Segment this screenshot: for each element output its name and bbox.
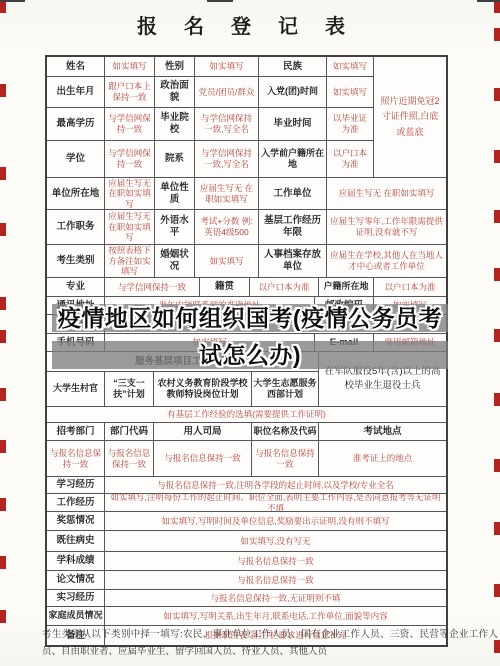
field-hint-cell: 以户口本为准: [327, 141, 374, 177]
column-header-cell: 部门代码: [105, 423, 154, 440]
overlay-title-line: 试怎么办): [52, 342, 448, 368]
field-label-cell: 最高学历: [47, 108, 105, 140]
table-row: 学位 与学信网保持一致 院系 与学信网保持一致,写全名 入学前户籍所在地 以户口…: [47, 141, 374, 177]
top-mark: [207, 0, 233, 2]
table-row: 论文情况 与报名信息保持一致: [47, 571, 446, 590]
field-hint-cell: 如实填写,没有写无: [105, 531, 446, 551]
field-label-cell: 学习经历: [47, 477, 105, 493]
field-label-cell: 工作职务: [47, 210, 105, 244]
overlay-band: 疫情地区如何组织国考(疫情公务员考: [52, 304, 448, 332]
edge-mark-right: [494, 268, 500, 281]
edge-mark-left: [0, 610, 6, 623]
candidate-category-note: 考生类别从以下类别中择一填写:农民、事业单位工作人员、国有企业工作人员、三资、民…: [42, 626, 498, 660]
field-label-cell: 政治面貌: [155, 77, 195, 107]
field-hint-cell: 与报名信息保持一致: [252, 441, 319, 476]
table-row: 大学生村官 “三支一扶”计划 农村义务教育阶段学校教师特设岗位计划 大学生志愿服…: [47, 372, 319, 406]
column-header-cell: 考试地点: [319, 423, 446, 440]
table-row: 既往病史 如实填写,没有写无: [47, 531, 446, 552]
field-label-cell: 毕业时间: [259, 108, 327, 140]
field-hint-cell: 以毕业证为准: [327, 108, 374, 140]
field-label-cell: 工作经历: [47, 494, 105, 511]
table-row: 实习经历 与报名信息保持一致,无证明则不填: [47, 590, 446, 607]
field-hint-cell: 与报名信息保持一致: [105, 571, 446, 589]
field-label-cell: 外语水平: [155, 210, 195, 244]
edge-mark-left: [0, 556, 6, 569]
field-hint-cell: 如实填写,写明关系,出生年月,联系电话,工作单位,面貌等内容: [105, 607, 446, 625]
field-label-cell: 入学前户籍所在地: [259, 141, 327, 177]
field-hint-cell: 与报名信息保持一致,注明各学段的起止时间,以及学校/专业全名: [105, 477, 446, 493]
table-row: 单位所在地 应届生写无 在职如实填写 单位性质 应届生写无 在职如实填写 工作单…: [47, 178, 446, 210]
edge-mark-right: [494, 522, 500, 535]
edge-mark-right: [494, 28, 500, 41]
field-hint-cell: 应届生写零年,工作年限需提供证明,没有就不写: [327, 210, 446, 244]
field-hint-cell: 与报名信息保持一致: [105, 441, 154, 476]
field-label-cell: 入党(团)时间: [259, 77, 327, 107]
table-row: 最高学历 与学信网保持一致 毕业院校 与学信网保持一致,写全名 毕业时间 以毕业…: [47, 108, 374, 141]
field-label-cell: 性别: [155, 57, 195, 76]
field-label-cell: 学科成绩: [47, 552, 105, 570]
table-row: 专业 与学信网保持一致 籍贯 以户口本为准 户籍所在地 以户口本为准: [47, 278, 446, 297]
field-hint-cell: 与学信网保持一致,写全名: [195, 141, 259, 177]
field-hint-cell: 与报名信息保持一致: [154, 441, 252, 476]
field-label-cell: 考生类别: [47, 245, 105, 277]
field-label-cell: 基层工作经历年限: [259, 210, 327, 244]
field-hint-cell: 考试+分数 例:英语4级500: [195, 210, 259, 244]
field-hint-cell: 应届生写无 在职如实填写: [327, 178, 446, 209]
field-label-cell: 专业: [47, 278, 105, 296]
field-label-cell: 民族: [259, 57, 327, 76]
field-hint-cell: 与学信网保持一致: [105, 278, 200, 296]
column-header-cell: 招考部门: [47, 423, 105, 440]
field-label-cell: 毕业院校: [155, 108, 195, 140]
edge-mark-right: [494, 88, 500, 101]
field-hint-cell: 按照表格下方备注如实填写: [105, 245, 155, 277]
field-label-cell: 实习经历: [47, 590, 105, 606]
field-hint-cell: 如实填写: [195, 57, 259, 76]
overlay-title-line: 疫情地区如何组织国考(疫情公务员考: [52, 305, 448, 331]
field-hint-cell: 与报名信息保持一致: [47, 441, 105, 476]
edge-mark-right: [494, 393, 500, 406]
form-title: 报 名 登 记 表: [45, 13, 448, 41]
field-hint-cell: 准考证上的地点: [319, 441, 446, 476]
edge-mark-right: [494, 329, 500, 342]
edge-mark-right: [494, 459, 500, 472]
table-row: 家庭成员情况 如实填写,写明关系,出生年月,联系电话,工作单位,面貌等内容: [47, 607, 446, 626]
table-row: 学科成绩 与报名信息保持一致: [47, 552, 446, 571]
field-hint-cell: 党员/团员/群众: [195, 77, 259, 107]
edge-mark-left: [0, 388, 6, 401]
field-label-cell: 院系: [155, 141, 195, 177]
article-overlay-title: 疫情地区如何组织国考(疫情公务员考 试怎么办): [52, 304, 448, 369]
field-hint-cell: 与学信网保持一致: [105, 108, 155, 140]
table-row: 姓名 如实填写 性别 如实填写 民族 如实填写: [47, 57, 374, 77]
top-mark: [0, 0, 25, 2]
edge-mark-right: [494, 584, 500, 597]
table-row: 学习经历 与报名信息保持一致,注明各学段的起止时间,以及学校/专业全名: [47, 477, 446, 494]
table-row: 有基层工作经验的选填(需要提供工作证明): [47, 407, 446, 423]
field-label-cell: 学位: [47, 141, 105, 177]
field-hint-cell: 应届生写无 在职如实填写: [195, 178, 259, 209]
table-row: 工作经历 如实填写,注明每份工作的起止时间、职位全面,表明主要工作内容,是否同意…: [47, 494, 446, 512]
edge-mark-right: [494, 640, 500, 653]
field-label-cell: 工作单位: [259, 178, 327, 209]
field-label-cell: “三支一扶”计划: [105, 372, 154, 406]
field-hint-cell: 如实填写,写明时间及单位信息,奖励要出示证明,没有则不填写: [105, 512, 446, 530]
top-mark: [477, 0, 500, 2]
field-hint-cell: 与学信网保持一致,写全名: [195, 108, 259, 140]
field-hint-cell: 以户口本为准: [250, 278, 319, 296]
table-row: 出生年月 跟户口本上保持一致 政治面貌 党员/团员/群众 入党(团)时间 如实填…: [47, 77, 374, 108]
edge-mark-right: [494, 210, 500, 223]
photo-requirement-cell: 照片近期免冠2寸证件照,白底或蓝底: [374, 57, 446, 177]
field-label-cell: 家庭成员情况: [47, 607, 105, 625]
field-label-cell: 单位性质: [155, 178, 195, 209]
service-note-cell: 有基层工作经验的选填(需要提供工作证明): [47, 407, 446, 422]
field-label-cell: 单位所在地: [47, 178, 105, 209]
field-hint-cell: 如实填写: [195, 245, 259, 277]
edge-mark-left: [0, 297, 6, 310]
edge-mark-left: [0, 440, 6, 453]
field-hint-cell: 与报名信息保持一致,无证明则不填: [105, 590, 446, 606]
field-hint-cell: 如实填写: [105, 57, 155, 76]
field-label-cell: 大学生志愿服务西部计划: [252, 372, 319, 406]
edge-mark-left: [0, 223, 6, 236]
edge-mark-left: [0, 498, 6, 511]
field-label-cell: 人事档案存放单位: [259, 245, 327, 277]
edge-mark-right: [494, 150, 500, 163]
field-label-cell: 论文情况: [47, 571, 105, 589]
edge-mark-left: [0, 330, 6, 343]
field-hint-cell: 应届生写无 在职如实填写: [105, 210, 155, 244]
field-hint-cell: 跟户口本上保持一致: [105, 77, 155, 107]
field-label-cell: 籍贯: [200, 278, 250, 296]
field-label-cell: 奖惩情况: [47, 512, 105, 530]
field-label-cell: 大学生村官: [47, 372, 105, 406]
table-row: 与报名信息保持一致 与报名信息保持一致 与报名信息保持一致 与报名信息保持一致 …: [47, 441, 446, 477]
field-label-cell: 婚姻状况: [155, 245, 195, 277]
field-label-cell: 农村义务教育阶段学校教师特设岗位计划: [154, 372, 252, 406]
table-row: 工作职务 应届生写无 在职如实填写 外语水平 考试+分数 例:英语4级500 基…: [47, 210, 446, 245]
document-page: 报 名 登 记 表 姓名 如实填写 性别 如实填写 民族 如实填写 出生年月 跟…: [0, 0, 500, 666]
field-hint-cell: 应届生写无 在职如实填写: [105, 178, 155, 209]
table-section-basic: 姓名 如实填写 性别 如实填写 民族 如实填写 出生年月 跟户口本上保持一致 政…: [47, 57, 446, 178]
table-row: 招考部门 部门代码 用人司局 职位名称及代码 考试地点: [47, 423, 446, 441]
field-hint-cell: 与报名信息保持一致: [105, 552, 446, 570]
field-label-cell: 既往病史: [47, 531, 105, 551]
field-hint-cell: 应届生在学校,其他人在当地人才中心或者工作单位: [327, 245, 446, 277]
table-row: 奖惩情况 如实填写,写明时间及单位信息,奖励要出示证明,没有则不填写: [47, 512, 446, 531]
table-row: 考生类别 按照表格下方备注如实填写 婚姻状况 如实填写 人事档案存放单位 应届生…: [47, 245, 446, 278]
basic-fields: 姓名 如实填写 性别 如实填写 民族 如实填写 出生年月 跟户口本上保持一致 政…: [47, 57, 374, 177]
edge-mark-left: [0, 84, 6, 97]
field-hint-cell: 与学信网保持一致: [105, 141, 155, 177]
column-header-cell: 用人司局: [154, 423, 252, 440]
edge-mark-left: [0, 167, 6, 180]
field-hint-cell: 如实填写: [327, 77, 374, 107]
field-label-cell: 出生年月: [47, 77, 105, 107]
field-hint-cell: 如实填写: [327, 57, 374, 76]
column-header-cell: 职位名称及代码: [252, 423, 319, 440]
field-label-cell: 姓名: [47, 57, 105, 76]
field-hint-cell: 以户口本为准: [374, 278, 446, 296]
field-hint-cell: 如实填写,注明每份工作的起止时间、职位全面,表明主要工作内容,是否同意报考等无证…: [105, 494, 446, 511]
overlay-band: 试怎么办): [52, 341, 448, 369]
field-label-cell: 户籍所在地: [319, 278, 374, 296]
